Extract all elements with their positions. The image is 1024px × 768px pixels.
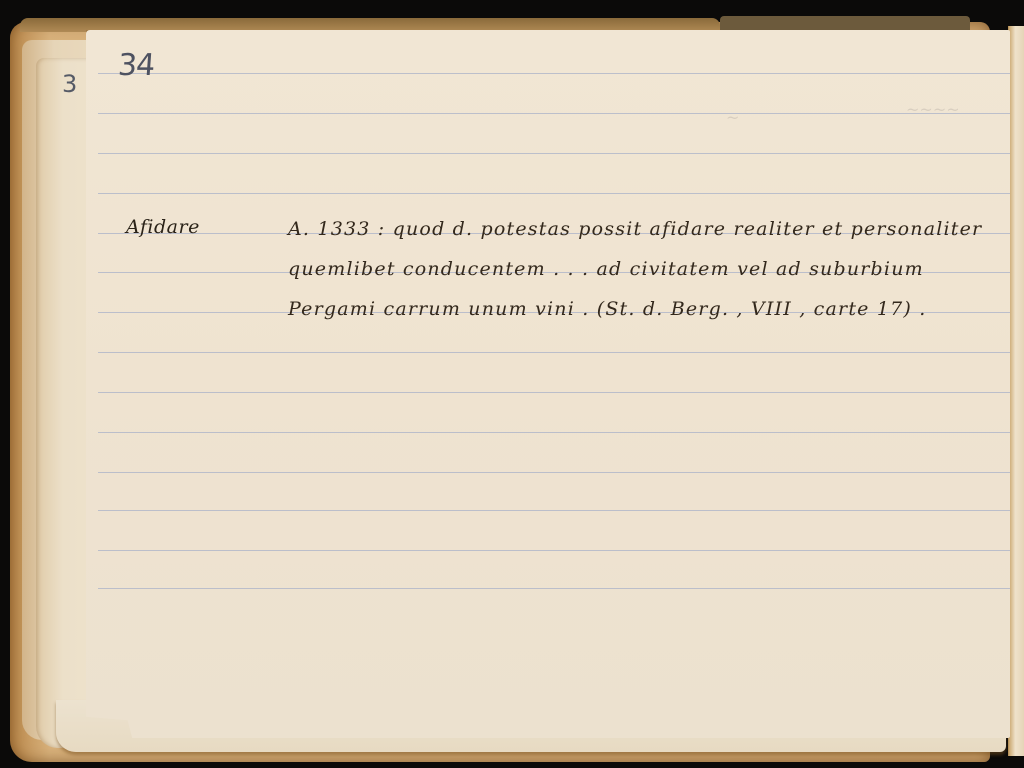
ruled-line [98,588,1010,589]
bleed-through-text: ~ [726,108,739,127]
bleed-through-text: ~~~~ [906,100,960,119]
previous-page-number: 3 [62,70,77,98]
ruled-line [98,113,1010,114]
page-number: 34 [117,48,156,83]
ruled-line [98,153,1010,154]
right-page-edge [1008,26,1024,756]
ruled-line [98,352,1010,353]
notebook-top-edge [20,18,720,32]
entry-line-2: quemlibet conducentem . . . ad civitatem… [288,258,924,280]
notebook-page: 34 ~~~~ ~ Afidare A. 1333 : quod d. pote… [86,30,1010,738]
entry-headword: Afidare [126,216,200,238]
ruled-line [98,432,1010,433]
ruled-line [98,510,1010,511]
ruled-line [98,472,1010,473]
notebook-top-edge-right [720,16,970,30]
entry-line-1: A. 1333 : quod d. potestas possit afidar… [288,218,982,240]
ruled-line [98,550,1010,551]
ruled-line [98,193,1010,194]
entry-line-3: Pergami carrum unum vini . (St. d. Berg.… [288,298,927,320]
ruled-line [98,392,1010,393]
ruled-line [98,73,1010,74]
